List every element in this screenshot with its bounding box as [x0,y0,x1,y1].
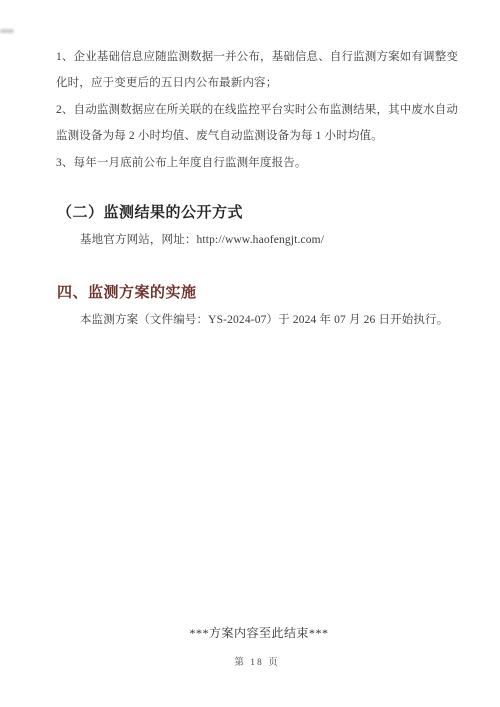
body-line-item1-1: 1、企业基础信息应随监测数据一并公布，基础信息、自行监测方案如有调整变 [56,50,458,64]
section2-heading: （二）监测结果的公开方式 [57,204,243,221]
page-number: 第 18 页 [7,654,500,668]
section4-body: 本监测方案（文件编号：YS-2024-07）于 2024 年 07 月 26 日… [80,313,448,327]
section2-body-website-url: 基地官方网站，网址：http://www.haofengjt.com/ [80,233,324,247]
body-line-item1-2: 化时，应于变更后的五日内公布最新内容； [56,76,277,90]
end-of-document-note: ***方案内容至此结束*** [9,624,500,641]
body-line-item3: 3、每年一月底前公布上年度自行监测年度报告。 [56,156,307,170]
body-line-item2-2: 监测设备为每 2 小时均值、废气自动监测设备为每 1 小时均值。 [56,129,383,143]
section4-heading: 四、监测方案的实施 [57,284,197,301]
scan-artifact [0,29,14,33]
document-page: 1、企业基础信息应随监测数据一并公布，基础信息、自行监测方案如有调整变 化时，应… [0,0,500,707]
body-line-item2-1: 2、自动监测数据应在所关联的在线监控平台实时公布监测结果，其中废水自动 [56,103,458,117]
